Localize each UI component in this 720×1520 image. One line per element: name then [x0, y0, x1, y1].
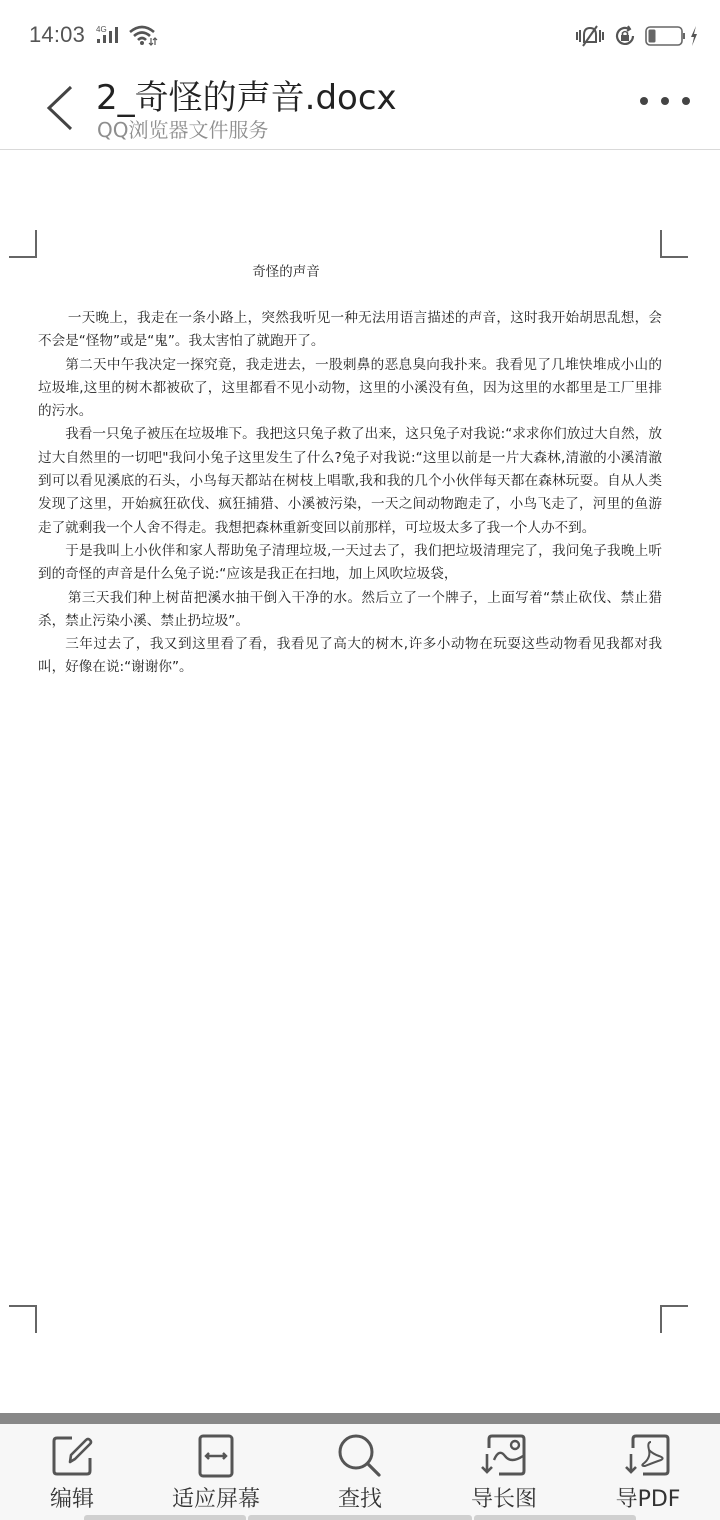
- toolbar-divider: [0, 1413, 720, 1424]
- paragraph: 我看一只兔子被压在垃圾堆下。我把这只兔子救了出来，这只兔子对我说:“求求你们放过…: [38, 423, 662, 539]
- document-title: 2_奇怪的声音.docx: [96, 70, 397, 119]
- paragraph: 一天晚上，我走在一条小路上，突然我听见一种无法用语言描述的声音，这时我开始胡思乱…: [38, 307, 662, 354]
- export-long-image-icon: [480, 1432, 528, 1480]
- app-header: 2_奇怪的声音.docx QQ浏览器文件服务: [0, 70, 720, 150]
- chevron-left-icon: [45, 85, 75, 131]
- battery-icon: [645, 24, 687, 52]
- search-label: 查找: [338, 1482, 382, 1513]
- edit-button[interactable]: 编辑: [0, 1424, 144, 1520]
- network-type-label: 4G: [96, 25, 107, 34]
- export-pdf-label: 导PDF: [616, 1482, 681, 1513]
- document-page[interactable]: 奇怪的声音 一天晚上，我走在一条小路上，突然我听见一种无法用语言描述的声音，这时…: [0, 151, 720, 1413]
- toolbar-scroll-indicator: [84, 1515, 636, 1520]
- charging-icon: [689, 24, 699, 52]
- status-bar: 14:03 4G: [0, 0, 720, 70]
- search-button[interactable]: 查找: [288, 1424, 432, 1520]
- export-long-image-label: 导长图: [471, 1482, 537, 1513]
- more-options-button[interactable]: [640, 90, 690, 112]
- export-pdf-icon: [624, 1432, 672, 1480]
- edit-label: 编辑: [50, 1482, 94, 1513]
- back-button[interactable]: [38, 80, 82, 136]
- paragraph: 三年过去了，我又到这里看了看，我看见了高大的树木,许多小动物在玩耍这些动物看见我…: [38, 633, 662, 680]
- paragraph: 第二天中午我决定一探究竟，我走进去，一股刺鼻的恶息臭向我扑来。我看见了几堆快堆成…: [38, 354, 662, 424]
- document-body: 一天晚上，我走在一条小路上，突然我听见一种无法用语言描述的声音，这时我开始胡思乱…: [38, 307, 662, 680]
- page-margin-corner-bottom-right: [660, 1305, 688, 1333]
- status-time: 14:03: [29, 22, 85, 48]
- page-margin-corner-bottom-left: [9, 1305, 37, 1333]
- fit-screen-label: 适应屏幕: [172, 1482, 260, 1513]
- search-icon: [336, 1432, 384, 1480]
- export-pdf-button[interactable]: 导PDF: [576, 1424, 720, 1520]
- paragraph: 于是我叫上小伙伴和家人帮助兔子清理垃圾,一天过去了，我们把垃圾清理完了，我问兔子…: [38, 540, 662, 587]
- more-dots-icon: [640, 97, 648, 105]
- signal-icon: 4G: [96, 24, 122, 50]
- vibrate-mute-icon: [575, 24, 605, 52]
- bottom-toolbar: 编辑 适应屏幕 查找 导长图: [0, 1424, 720, 1520]
- paragraph: 第三天我们种上树苗把溪水抽干倒入干净的水。然后立了一个牌子，上面写着“禁止砍伐、…: [38, 587, 662, 634]
- rotation-lock-icon: [613, 24, 637, 52]
- page-margin-corner-top-left: [9, 230, 37, 258]
- page-margin-corner-top-right: [660, 230, 688, 258]
- wifi-icon: [128, 24, 158, 50]
- edit-icon: [48, 1432, 96, 1480]
- export-long-image-button[interactable]: 导长图: [432, 1424, 576, 1520]
- fit-screen-button[interactable]: 适应屏幕: [144, 1424, 288, 1520]
- fit-screen-icon: [192, 1432, 240, 1480]
- document-source: QQ浏览器文件服务: [97, 114, 268, 143]
- document-heading: 奇怪的声音: [0, 260, 572, 280]
